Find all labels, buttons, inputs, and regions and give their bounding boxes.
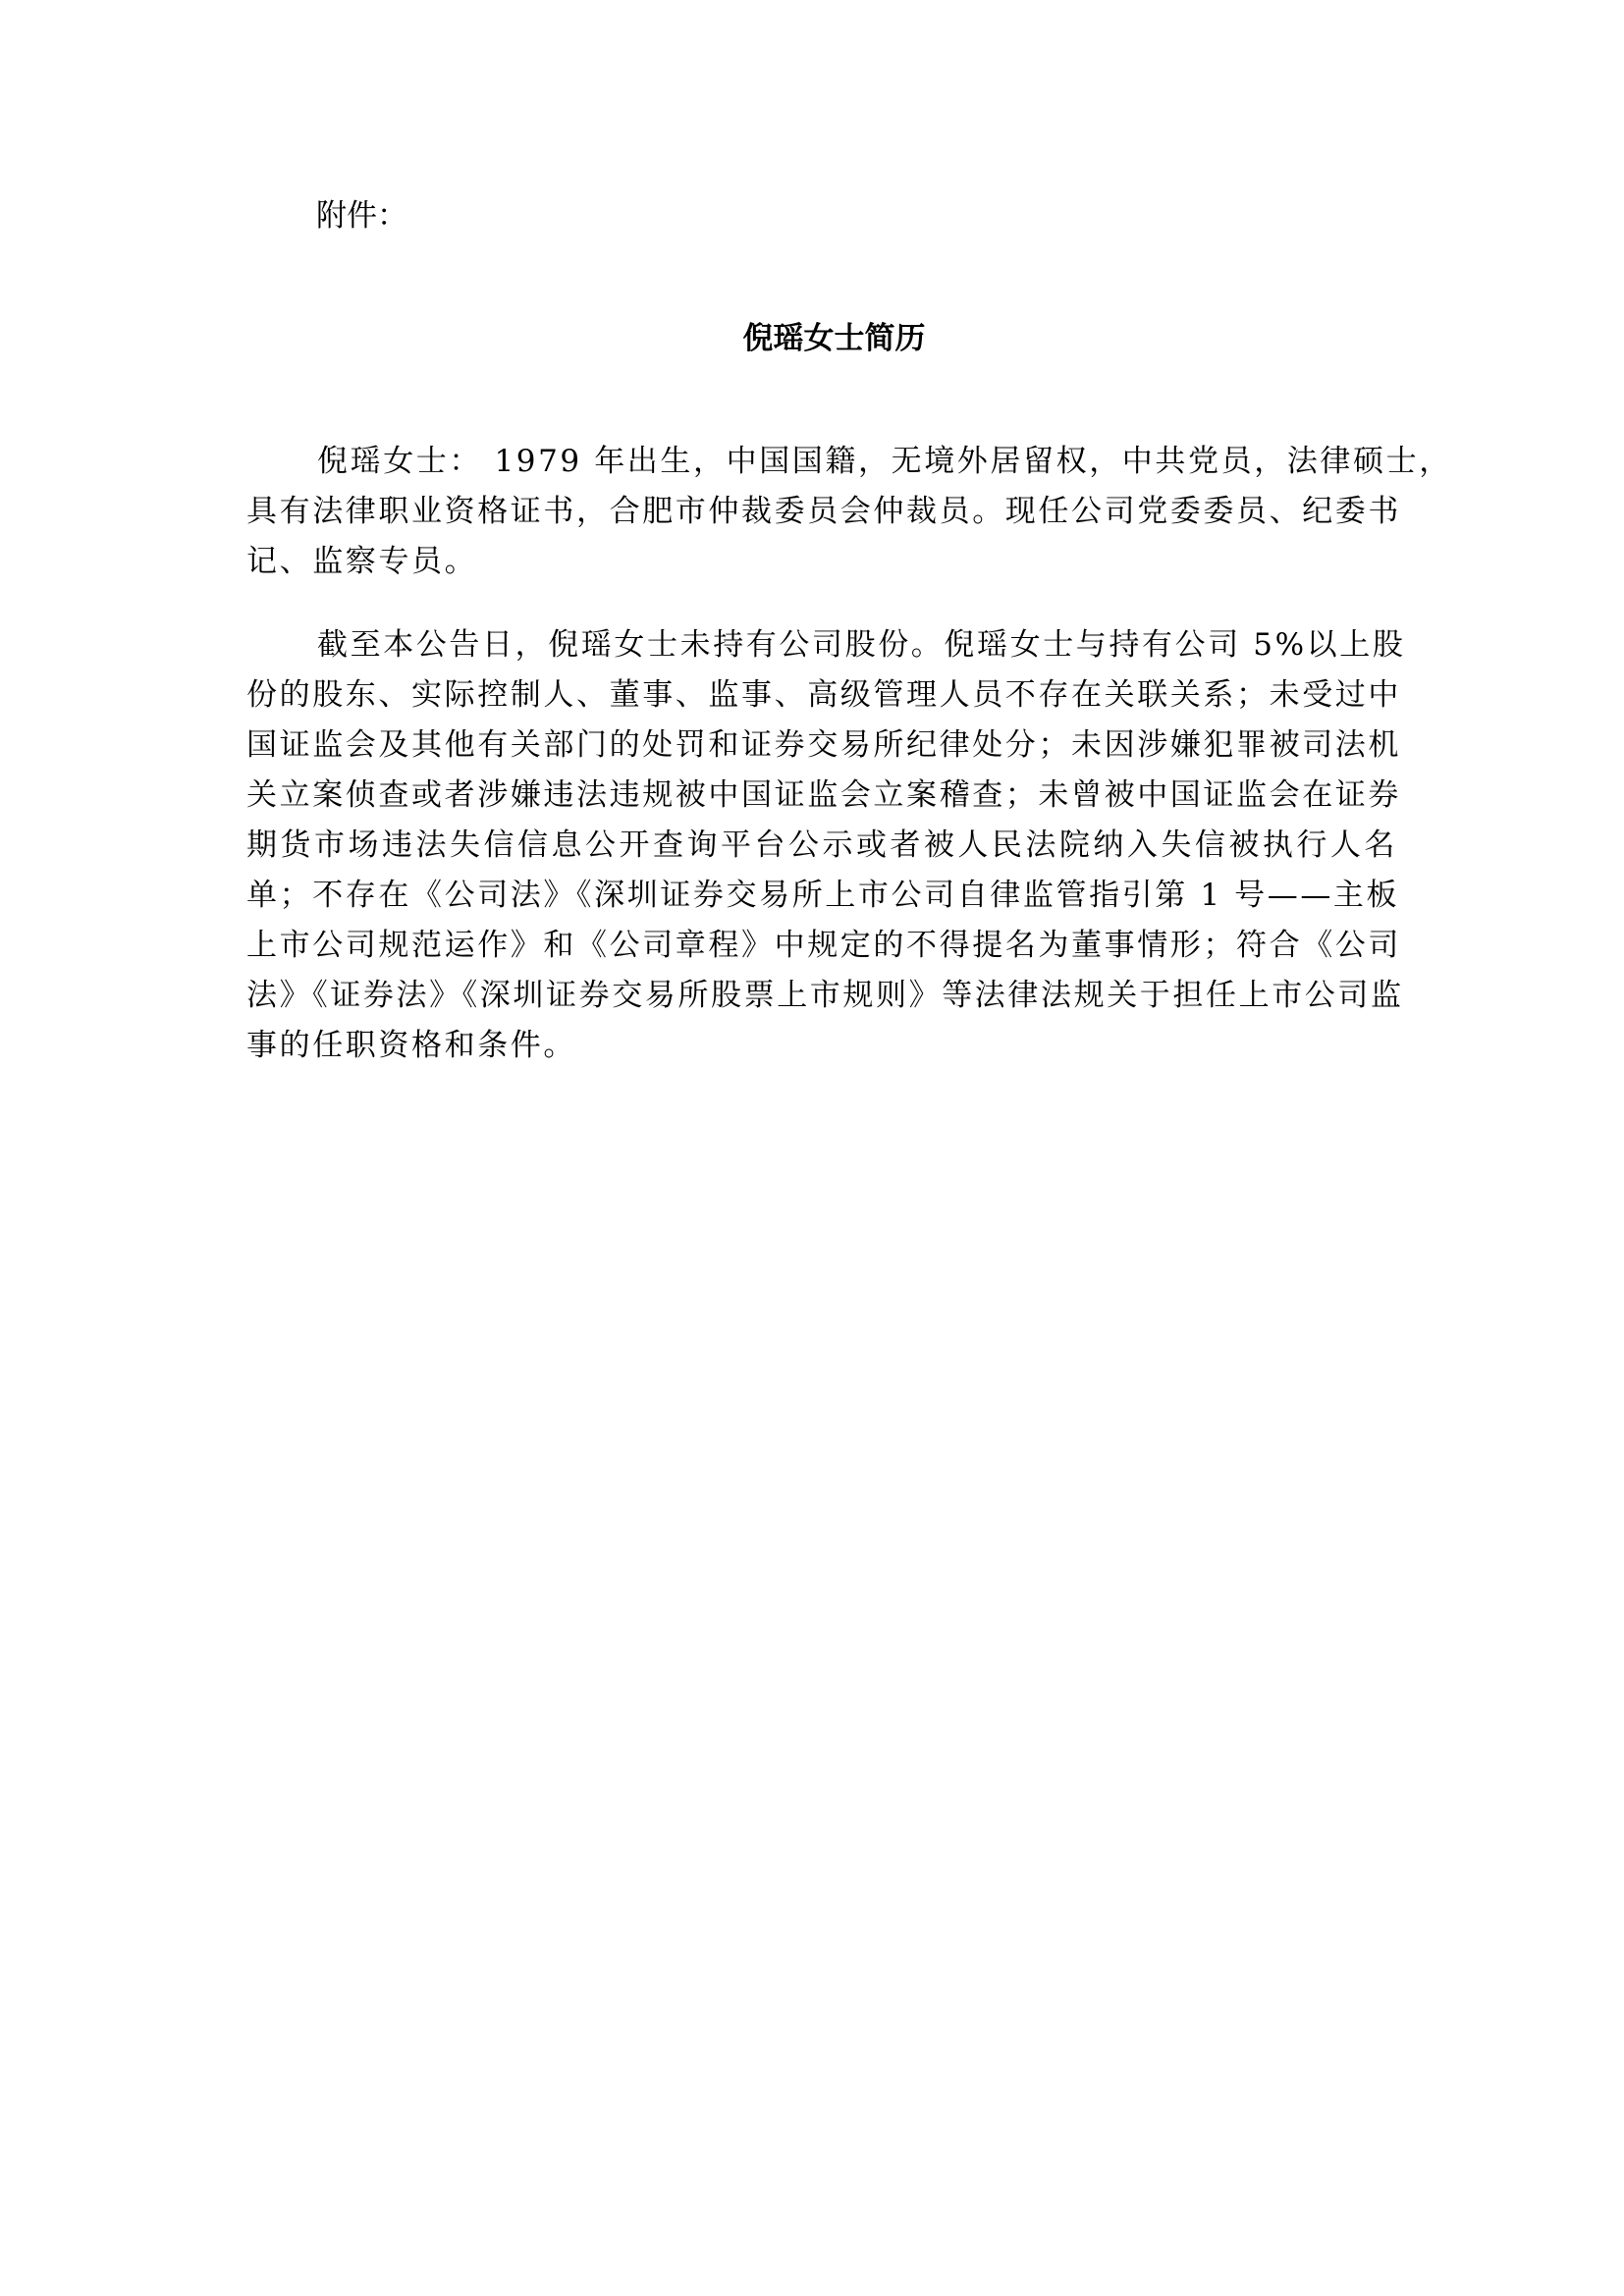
paragraph-line: 法》《证券法》《深圳证券交易所股票上市规则》等法律法规关于担任上市公司监 [246,971,1397,1021]
paragraph-line: 事的任职资格和条件。 [246,1021,1397,1071]
paragraph-line: 国证监会及其他有关部门的处罚和证券交易所纪律处分；未因涉嫌犯罪被司法机 [246,721,1397,771]
paragraph-line: 记、监察专员。 [246,537,1397,587]
paragraph-line: 单；不存在《公司法》《深圳证券交易所上市公司自律监管指引第 1 号——主板 [246,871,1397,921]
paragraph-line: 倪瑶女士： 1979 年出生，中国国籍，无境外居留权，中共党员，法律硕士， [246,437,1397,487]
paragraph-line: 截至本公告日，倪瑶女士未持有公司股份。倪瑶女士与持有公司 5%以上股 [246,620,1397,670]
paragraph-line: 关立案侦查或者涉嫌违法违规被中国证监会立案稽查；未曾被中国证监会在证券 [246,771,1397,821]
paragraph-line: 具有法律职业资格证书，合肥市仲裁委员会仲裁员。现任公司党委委员、纪委书 [246,487,1397,537]
paragraph-qualifications: 截至本公告日，倪瑶女士未持有公司股份。倪瑶女士与持有公司 5%以上股 份的股东、… [246,620,1397,1071]
paragraph-line: 份的股东、实际控制人、董事、监事、高级管理人员不存在关联关系；未受过中 [246,670,1397,721]
paragraph-line: 期货市场违法失信信息公开查询平台公示或者被人民法院纳入失信被执行人名 [246,821,1397,871]
document-page: 附件： 倪瑶女士简历 倪瑶女士： 1979 年出生，中国国籍，无境外居留权，中共… [0,0,1624,2296]
paragraph-biography: 倪瑶女士： 1979 年出生，中国国籍，无境外居留权，中共党员，法律硕士， 具有… [246,437,1397,587]
document-title: 倪瑶女士简历 [0,319,1624,358]
attachment-label: 附件： [316,196,407,236]
paragraph-line: 上市公司规范运作》和《公司章程》中规定的不得提名为董事情形；符合《公司 [246,921,1397,971]
